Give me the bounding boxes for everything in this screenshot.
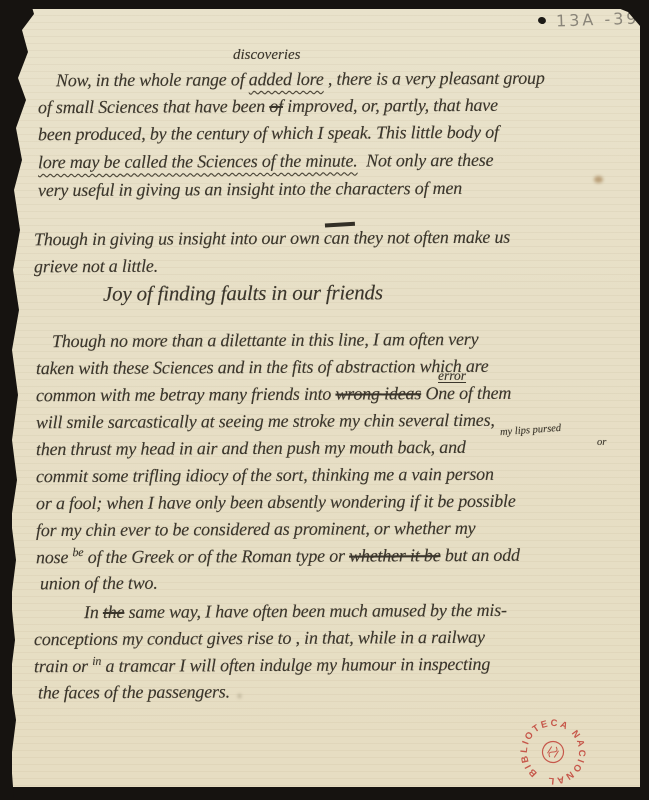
text-segment-superscript: be — [72, 545, 83, 559]
text-segment: will smile sarcastically at seeing me st… — [36, 410, 495, 432]
text-segment: of the Greek or of the Roman type or — [83, 546, 349, 567]
text-segment-struck: the — [103, 602, 124, 622]
text-segment: same way, I have often been much amused … — [124, 600, 507, 622]
text-segment: common with me betray many friends into — [36, 384, 336, 406]
text-segment-superscript: in — [92, 654, 101, 668]
interlinear-insertion: discoveries — [233, 48, 300, 63]
text-segment: very useful in giving us an insight into… — [38, 178, 462, 200]
manuscript-line: conceptions my conduct gives rise to , i… — [34, 628, 485, 648]
foxing-spot — [186, 692, 190, 696]
text-segment: Though in giving us insight into our own — [34, 228, 324, 250]
manuscript-line: Though no more than a dilettante in this… — [52, 330, 478, 350]
text-segment: they not often make us — [349, 227, 510, 248]
text-segment: then thrust my head in air and then push… — [36, 437, 466, 459]
text-segment-wavy-underline: lore may be called the Sciences of the m… — [38, 151, 358, 173]
text-segment-overbarred: can — [324, 228, 349, 248]
text-segment: train or — [34, 656, 92, 676]
text-segment-struck: of — [269, 96, 283, 116]
manuscript-line: or a fool; when I have only been absentl… — [36, 492, 516, 513]
manuscript-line: train or in a tramcar I will often indul… — [34, 655, 490, 675]
text-segment: nose — [36, 547, 73, 567]
manuscript-line: will smile sarcastically at seeing me st… — [36, 411, 495, 431]
manuscript-line: the faces of the passengers. — [38, 682, 230, 701]
manuscript-line: of small Sciences that have been of impr… — [38, 96, 498, 116]
text-segment: for my chin ever to be considered as pro… — [36, 518, 475, 540]
text-segment: been produced, by the century of which I… — [38, 122, 499, 144]
text-segment: Joy of finding faults in our friends — [103, 280, 383, 305]
foxing-spot — [594, 176, 603, 183]
text-segment: a tramcar I will often indulge my humour… — [101, 654, 490, 676]
manuscript-line: then thrust my head in air and then push… — [36, 438, 466, 458]
text-segment: taken with these Sciences and in the fit… — [36, 356, 489, 378]
text-segment-struck: wrong ideas — [335, 383, 421, 403]
manuscript-line: common with me betray many friends into … — [36, 384, 511, 404]
manuscript-line: union of the two. — [40, 574, 158, 593]
manuscript-line: for my chin ever to be considered as pro… — [36, 519, 475, 539]
text-segment: union of the two. — [40, 573, 158, 594]
manuscript-line: been produced, by the century of which I… — [38, 123, 499, 143]
foxing-spot — [238, 694, 241, 698]
manuscript-line: Though in giving us insight into our own… — [34, 228, 510, 248]
manuscript-scan: Now, in the whole range of added lore , … — [0, 0, 649, 800]
library-stamp: BIBLIOTECA NACIONAL — [509, 708, 597, 796]
manuscript-line: commit some trifling idiocy of the sort,… — [36, 465, 494, 485]
text-segment: of small Sciences that have been — [38, 96, 269, 117]
manuscript-line: In the same way, I have often been much … — [84, 601, 507, 621]
text-segment: Not only are these — [357, 150, 493, 171]
interlinear-insertion: error — [438, 369, 466, 383]
text-segment: but an odd — [440, 545, 519, 565]
manuscript-line: very useful in giving us an insight into… — [38, 179, 462, 199]
stamp-emblem — [546, 745, 559, 759]
text-segment: , there is a very pleasant group — [324, 68, 545, 89]
text-segment: In — [84, 602, 103, 622]
text-segment: Now, in the whole range of — [56, 69, 249, 90]
text-segment: commit some trifling idiocy of the sort,… — [36, 464, 494, 486]
manuscript-line: taken with these Sciences and in the fit… — [36, 357, 489, 377]
text-segment: conceptions my conduct gives rise to , i… — [34, 627, 485, 649]
section-heading: Joy of finding faults in our friends — [103, 282, 383, 304]
interlinear-insertion: or — [597, 438, 606, 449]
text-segment: the faces of the passengers. — [38, 681, 230, 702]
archival-number: 13A -39 — [556, 9, 640, 31]
text-segment: improved, or, partly, that have — [283, 95, 498, 116]
text-segment: or a fool; when I have only been absentl… — [36, 491, 516, 514]
manuscript-line: lore may be called the Sciences of the m… — [38, 151, 493, 171]
manuscript-line: nose be of the Greek or of the Roman typ… — [36, 546, 520, 567]
text-segment: Though no more than a dilettante in this… — [52, 329, 478, 351]
text-segment: One of them — [421, 383, 511, 403]
manuscript-line: Now, in the whole range of added lore , … — [56, 69, 545, 90]
text-segment: grieve not a little. — [34, 256, 158, 277]
text-segment-wavy-underline: added lore — [249, 69, 324, 89]
manuscript-line: grieve not a little. — [34, 257, 158, 276]
text-segment-struck: whether it be — [349, 545, 440, 565]
